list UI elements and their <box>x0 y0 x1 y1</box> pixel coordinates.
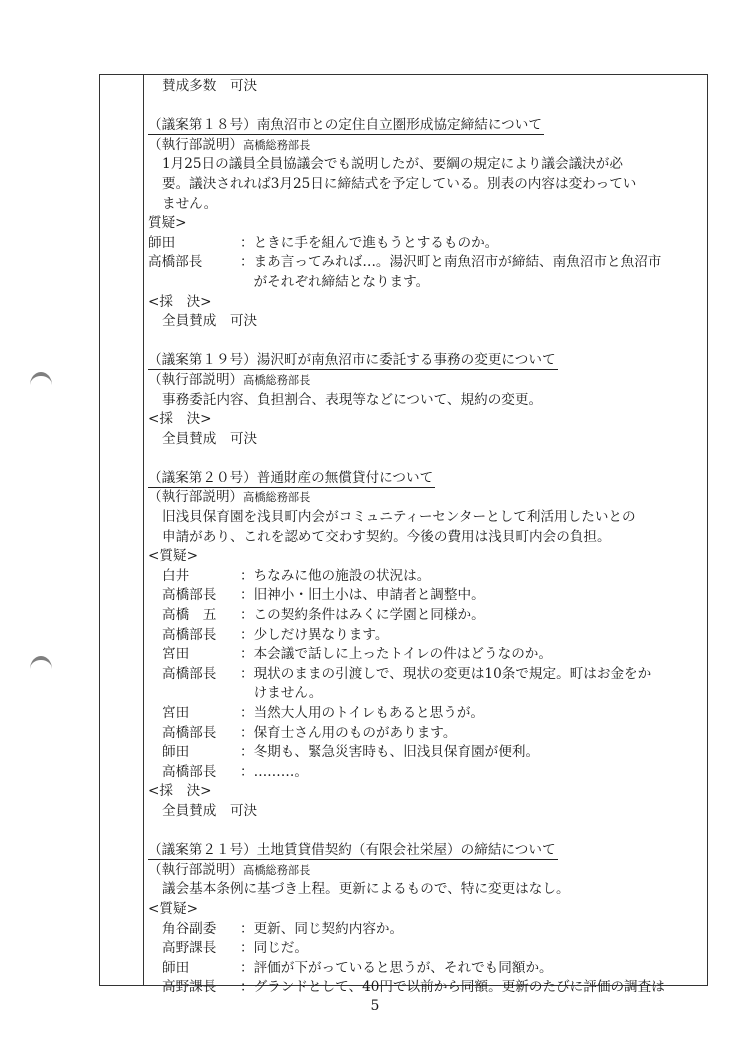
agenda-item-18: （議案第１８号）南魚沼市との定住自立圏形成協定締結について <box>148 116 707 136</box>
qa-entry: 高橋部長 ：旧神小・旧土小は、申請者と調整中。 <box>148 586 707 606</box>
speech-text: けません。 <box>240 684 707 704</box>
qa-entry: 高橋部長 ：保育士さん用のものがあります。 <box>148 724 707 744</box>
agenda-title: （議案第２１号）土地賃貸借契約（有限会社栄屋）の締結について <box>148 841 558 860</box>
qa-entry: 師田 ：ときに手を組んで進もうとするものか。 <box>148 234 707 254</box>
agenda-title: （議案第１９号）湯沢町が南魚沼市に委託する事務の変更について <box>148 351 558 370</box>
speech-text: ：冬期も、緊急災害時も、旧浅貝保育園が便利。 <box>240 743 707 763</box>
agenda-item-19: （議案第１９号）湯沢町が南魚沼市に委託する事務の変更について <box>148 351 707 371</box>
speaker-name: 高橋部長 <box>148 626 240 646</box>
qa-entry-continued: がそれぞれ締結となります。 <box>148 273 707 293</box>
agenda-item-21: （議案第２１号）土地賃貸借契約（有限会社栄屋）の締結について <box>148 841 707 861</box>
speech-text: ：ちなみに他の施設の状況は。 <box>240 567 707 587</box>
speech-text: ：同じだ。 <box>240 939 707 959</box>
vote-label: <採 決> <box>148 410 707 430</box>
speech-text: ：この契約条件はみくに学園と同様か。 <box>240 606 707 626</box>
qa-entry: 宮田 ：本会議で話しに上ったトイレの件はどうなのか。 <box>148 645 707 665</box>
qa-label: <質疑> <box>148 900 707 920</box>
qa-entry: 高橋部長 ：現状のままの引渡しで、現状の変更は10条で規定。町はお金をか <box>148 665 707 685</box>
speech-text: ：現状のままの引渡しで、現状の変更は10条で規定。町はお金をか <box>240 665 707 685</box>
speech-text: ：保育士さん用のものがあります。 <box>240 724 707 744</box>
explanation-line: 事務委託内容、負担割合、表現等などについて、規約の変更。 <box>148 391 707 411</box>
qa-entry: 高橋部長 ：まあ言ってみれば…。湯沢町と南魚沼市が締結、南魚沼市と魚沼市 <box>148 253 707 273</box>
previous-vote-result: 賛成多数 可決 <box>148 77 707 97</box>
qa-entry: 師田 ：冬期も、緊急災害時も、旧浅貝保育園が便利。 <box>148 743 707 763</box>
qa-label: 質疑> <box>148 214 707 234</box>
speech-text: ：更新、同じ契約内容か。 <box>240 920 707 940</box>
speaker-name: 師田 <box>148 234 240 254</box>
agenda-title: （議案第２０号）普通財産の無償貸付について <box>148 469 435 488</box>
explanation-line: ません。 <box>148 195 707 215</box>
explanation-line: 要。議決されれば3月25日に締結式を予定している。別表の内容は変わってい <box>148 175 707 195</box>
speech-text: ：まあ言ってみれば…。湯沢町と南魚沼市が締結、南魚沼市と魚沼市 <box>240 253 707 273</box>
agenda-item-20: （議案第２０号）普通財産の無償貸付について <box>148 469 707 489</box>
qa-entry: 高橋 五 ：この契約条件はみくに学園と同様か。 <box>148 606 707 626</box>
hole-punch-mark <box>30 656 52 682</box>
qa-entry: 白井 ：ちなみに他の施設の状況は。 <box>148 567 707 587</box>
speech-text: ：評価が下がっていると思うが、それでも同額か。 <box>240 959 707 979</box>
qa-entry: 宮田 ：当然大人用のトイレもあると思うが。 <box>148 704 707 724</box>
speaker-name: 高野課長 <box>148 978 240 998</box>
qa-entry: 高野課長 ：グランドとして、40円で以前から同額。更新のたびに評価の調査は <box>148 978 707 998</box>
explainer-line: （執行部説明）高橋総務部長 <box>148 136 707 156</box>
speaker-name: 高橋 五 <box>148 606 240 626</box>
speech-text: ：少しだけ異なります。 <box>240 626 707 646</box>
qa-entry: 師田 ：評価が下がっていると思うが、それでも同額か。 <box>148 959 707 979</box>
qa-entry: 高橋部長 ：………。 <box>148 763 707 783</box>
explanation-line: 1月25日の議員全員協議会でも説明したが、要綱の規定により議会議決が必 <box>148 155 707 175</box>
speech-text: ：旧神小・旧土小は、申請者と調整中。 <box>240 586 707 606</box>
speaker-name: 角谷副委 <box>148 920 240 940</box>
explainer-label: （執行部説明） <box>148 862 243 878</box>
minutes-content: 賛成多数 可決 （議案第１８号）南魚沼市との定住自立圏形成協定締結について （執… <box>144 75 707 998</box>
speech-text: ：ときに手を組んで進もうとするものか。 <box>240 234 707 254</box>
left-margin-column <box>100 75 144 985</box>
explainer-line: （執行部説明）高橋総務部長 <box>148 488 707 508</box>
speaker-name: 白井 <box>148 567 240 587</box>
speaker-name: 高橋部長 <box>148 586 240 606</box>
speech-text: ：グランドとして、40円で以前から同額。更新のたびに評価の調査は <box>240 978 707 998</box>
explainer-name: 高橋総務部長 <box>243 864 310 877</box>
qa-entry: 角谷副委 ：更新、同じ契約内容か。 <box>148 920 707 940</box>
speaker-name: 高橋部長 <box>148 724 240 744</box>
page-number: 5 <box>0 998 750 1014</box>
explanation-line: 旧浅貝保育園を浅貝町内会がコミュニティーセンターとして利活用したいとの <box>148 508 707 528</box>
speech-text: ：本会議で話しに上ったトイレの件はどうなのか。 <box>240 645 707 665</box>
vote-result: 全員賛成 可決 <box>148 802 707 822</box>
explainer-label: （執行部説明） <box>148 489 243 505</box>
speaker-name: 高橋部長 <box>148 253 240 273</box>
explainer-line: （執行部説明）高橋総務部長 <box>148 861 707 881</box>
minutes-table: 賛成多数 可決 （議案第１８号）南魚沼市との定住自立圏形成協定締結について （執… <box>99 74 708 986</box>
qa-entry: 高橋部長 ：少しだけ異なります。 <box>148 626 707 646</box>
speaker-name: 高橋部長 <box>148 665 240 685</box>
speech-text: ：………。 <box>240 763 707 783</box>
qa-label: <質疑> <box>148 547 707 567</box>
speech-text: がそれぞれ締結となります。 <box>240 273 707 293</box>
explainer-name: 高橋総務部長 <box>243 139 310 152</box>
speaker-name: 高橋部長 <box>148 763 240 783</box>
vote-label: <採 決> <box>148 293 707 313</box>
speaker-name: 師田 <box>148 959 240 979</box>
explanation-line: 議会基本条例に基づき上程。更新によるもので、特に変更はなし。 <box>148 880 707 900</box>
explainer-name: 高橋総務部長 <box>243 374 310 387</box>
vote-result: 全員賛成 可決 <box>148 430 707 450</box>
qa-entry-continued: けません。 <box>148 684 707 704</box>
explainer-label: （執行部説明） <box>148 137 243 153</box>
explanation-line: 申請があり、これを認めて交わす契約。今後の費用は浅貝町内会の負担。 <box>148 528 707 548</box>
speaker-name: 高野課長 <box>148 939 240 959</box>
qa-entry: 高野課長 ：同じだ。 <box>148 939 707 959</box>
speech-text: ：当然大人用のトイレもあると思うが。 <box>240 704 707 724</box>
vote-label: <採 決> <box>148 782 707 802</box>
explainer-label: （執行部説明） <box>148 372 243 388</box>
agenda-title: （議案第１８号）南魚沼市との定住自立圏形成協定締結について <box>148 116 544 135</box>
explainer-name: 高橋総務部長 <box>243 491 310 504</box>
speaker-name: 宮田 <box>148 704 240 724</box>
explainer-line: （執行部説明）高橋総務部長 <box>148 371 707 391</box>
vote-result: 全員賛成 可決 <box>148 312 707 332</box>
speaker-name: 師田 <box>148 743 240 763</box>
speaker-name: 宮田 <box>148 645 240 665</box>
hole-punch-mark <box>30 372 52 398</box>
